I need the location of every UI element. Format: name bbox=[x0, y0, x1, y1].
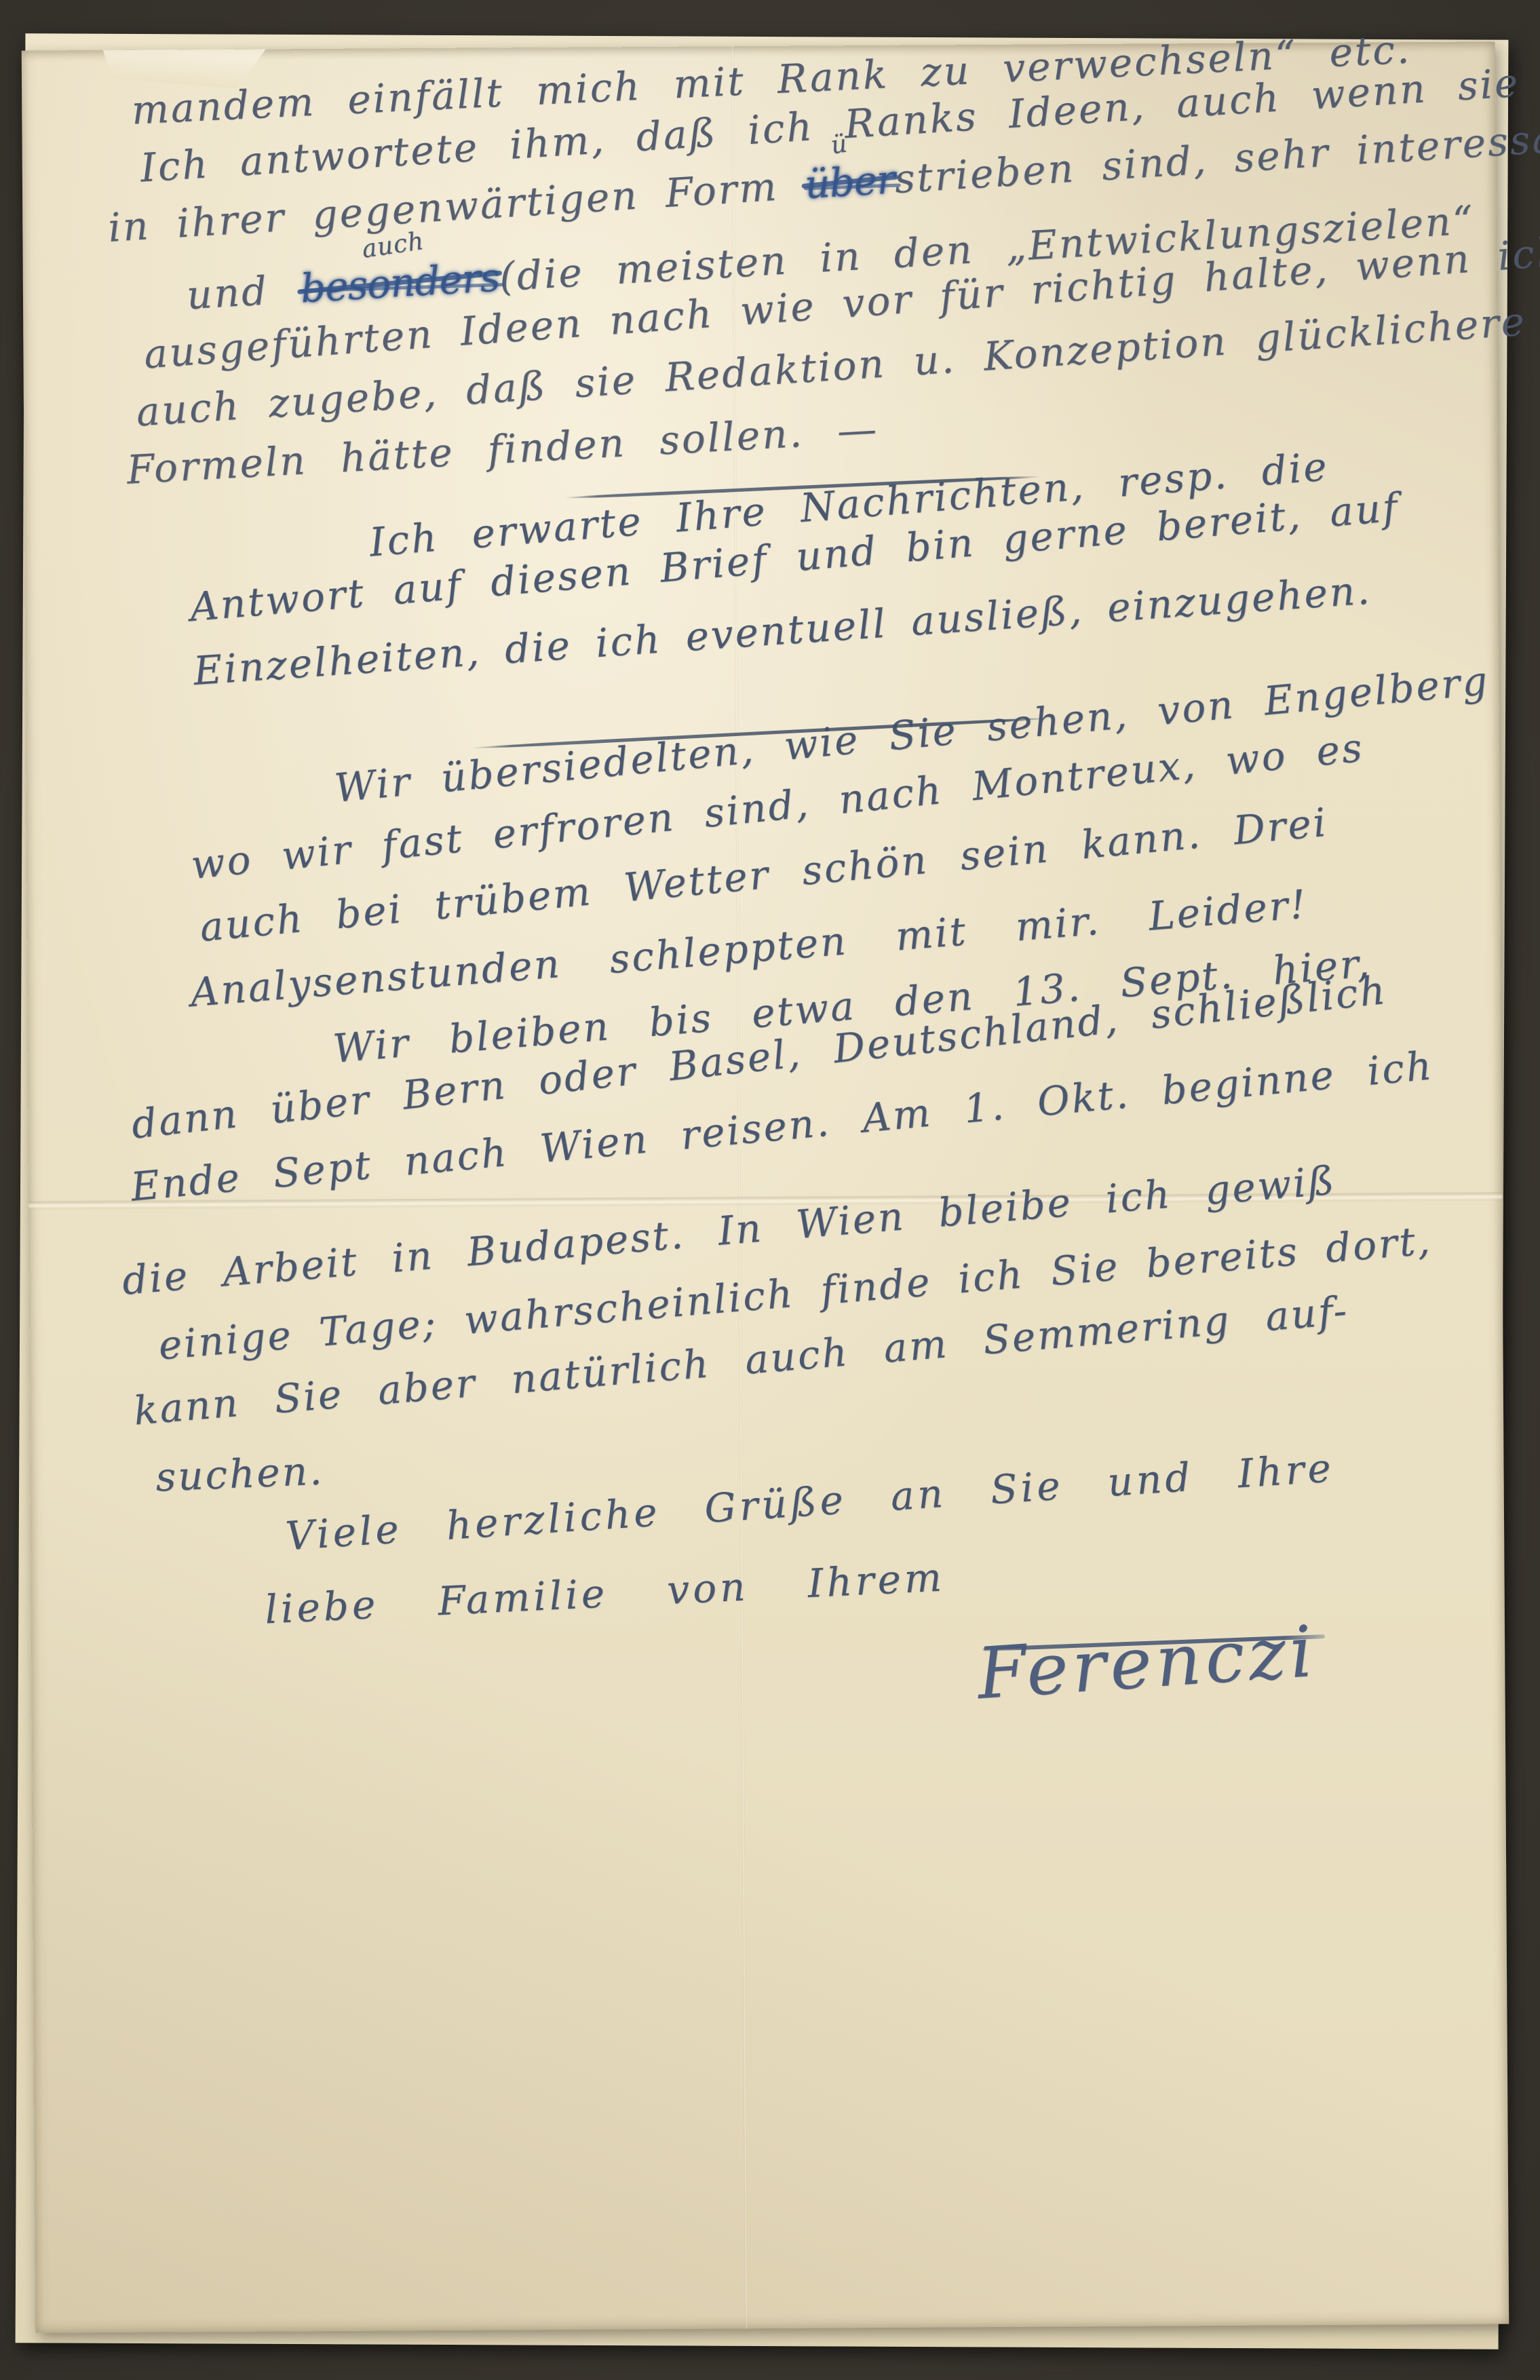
closing-greeting-line-1: Viele herzliche Grüße an Sie und Ihre bbox=[284, 1444, 1336, 1559]
letter-page: mandem einfällt mich mit Rank zu verwech… bbox=[22, 41, 1509, 2333]
closing-greeting-line-2: liebe Familie von Ihrem bbox=[264, 1554, 946, 1632]
struck-word: besonders bbox=[299, 254, 501, 311]
signature: Ferenczi bbox=[975, 1610, 1320, 1715]
line-segment: und bbox=[185, 265, 302, 318]
handwritten-line-21: suchen. bbox=[155, 1447, 325, 1500]
correction: besondersauch bbox=[299, 254, 501, 311]
correction: überü bbox=[803, 156, 896, 208]
struck-word: über bbox=[803, 156, 896, 208]
